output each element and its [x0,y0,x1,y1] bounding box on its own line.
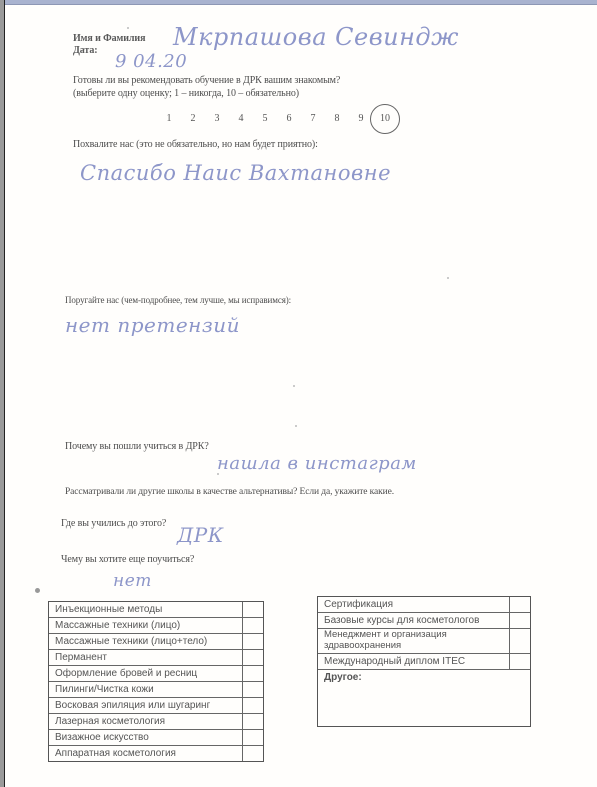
course-label: Сертификация [318,597,510,612]
course-label: Базовые курсы для косметологов [318,613,510,628]
courses-table-left: Инъекционные методы Массажные техники (л… [48,601,264,762]
course-row: Визажное искусство [49,730,263,746]
course-checkbox[interactable] [510,613,530,628]
scan-speck [127,27,129,29]
other-label: Другое: [324,672,362,683]
course-checkbox[interactable] [510,629,530,653]
course-row: Лазерная косметология [49,714,263,730]
course-checkbox[interactable] [243,730,263,745]
praise-value: Спасибо Наис Вахтановне [80,161,391,185]
other-field[interactable]: Другое: [318,670,530,726]
criticize-label: Поругайте нас (чем-подробнее, тем лучше,… [65,295,291,305]
course-checkbox[interactable] [243,634,263,649]
course-label: Перманент [49,650,243,665]
course-row: Менеджмент и организация здравоохранения [318,629,530,654]
why-value: нашла в инстаграм [217,453,417,474]
criticize-value: нет претензий [65,313,240,337]
course-row: Восковая эпиляция или шугаринг [49,698,263,714]
course-checkbox[interactable] [243,698,263,713]
where-value: ДРК [177,523,224,547]
course-row: Пилинги/Чистка кожи [49,682,263,698]
scan-speck [293,385,295,387]
recommend-hint: (выберите одну оценку; 1 – никогда, 10 –… [73,88,299,99]
course-row: Массажные техники (лицо+тело) [49,634,263,650]
scanned-survey-page: Имя и Фамилия Мкрпашова Севиндж Дата: 9 … [5,5,597,787]
course-label: Лазерная косметология [49,714,243,729]
course-row: Международный диплом ITEC [318,654,530,670]
scale-option[interactable]: 3 [205,113,229,124]
course-checkbox[interactable] [510,597,530,612]
scale-option[interactable]: 8 [325,113,349,124]
course-checkbox[interactable] [243,602,263,617]
course-checkbox[interactable] [510,654,530,669]
what-value: нет [113,571,152,591]
where-label: Где вы учились до этого? [61,518,166,529]
course-label: Восковая эпиляция или шугаринг [49,698,243,713]
alternatives-label: Рассматривали ли другие школы в качестве… [65,487,394,497]
course-label: Пилинги/Чистка кожи [49,682,243,697]
scan-speck [447,277,449,279]
scale-option[interactable]: 2 [181,113,205,124]
course-row: Перманент [49,650,263,666]
scale-option[interactable]: 7 [301,113,325,124]
course-label: Инъекционные методы [49,602,243,617]
course-label: Менеджмент и организация здравоохранения [318,629,510,653]
scan-speck [35,588,40,593]
name-label: Имя и Фамилия [73,33,145,44]
course-label: Визажное искусство [49,730,243,745]
course-row: Оформление бровей и ресниц [49,666,263,682]
date-value: 9 04.20 [115,51,187,72]
recommend-question: Готовы ли вы рекомендовать обучение в ДР… [73,75,340,86]
date-label: Дата: [73,45,98,56]
course-label: Массажные техники (лицо+тело) [49,634,243,649]
scale-option[interactable]: 1 [157,113,181,124]
course-checkbox[interactable] [243,666,263,681]
scale-option[interactable]: 4 [229,113,253,124]
course-row: Базовые курсы для косметологов [318,613,530,629]
course-label: Массажные техники (лицо) [49,618,243,633]
course-checkbox[interactable] [243,746,263,761]
what-label: Чему вы хотите еще поучиться? [61,554,194,565]
course-label: Оформление бровей и ресниц [49,666,243,681]
course-label: Международный диплом ITEC [318,654,510,669]
courses-table-right: Сертификация Базовые курсы для косметоло… [317,596,531,727]
scale-option[interactable]: 5 [253,113,277,124]
course-checkbox[interactable] [243,650,263,665]
course-row: Аппаратная косметология [49,746,263,761]
scan-speck [217,473,219,475]
scale-option-selected[interactable]: 10 [373,113,397,124]
course-row: Массажные техники (лицо) [49,618,263,634]
course-checkbox[interactable] [243,714,263,729]
course-checkbox[interactable] [243,618,263,633]
praise-label: Похвалите нас (это не обязательно, но на… [73,139,318,150]
course-label: Аппаратная косметология [49,746,243,761]
why-label: Почему вы пошли учиться в ДРК? [65,441,209,452]
name-value: Мкрпашова Севиндж [173,23,459,51]
course-row: Сертификация [318,597,530,613]
course-checkbox[interactable] [243,682,263,697]
recommend-scale: 1 2 3 4 5 6 7 8 9 10 [157,113,397,124]
course-row: Инъекционные методы [49,602,263,618]
scan-speck [295,425,297,427]
scale-option[interactable]: 6 [277,113,301,124]
